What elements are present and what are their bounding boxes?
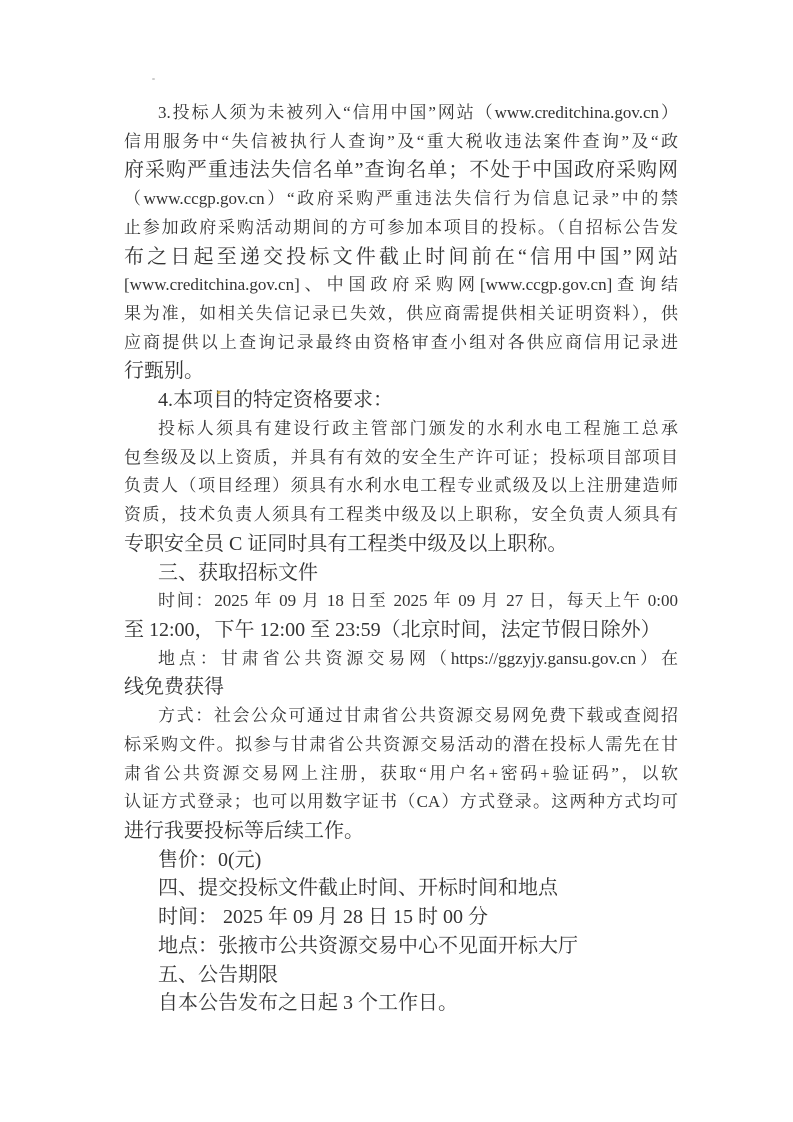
paragraph: 三、获取招标文件 bbox=[124, 559, 678, 588]
paragraph: 时间： 2025 年 09 月 28 日 15 时 00 分 bbox=[124, 903, 678, 932]
doc-line: 四、提交投标文件截止时间、开标时间和地点 bbox=[124, 874, 678, 903]
scan-speck bbox=[217, 391, 221, 394]
scan-speck bbox=[152, 78, 155, 80]
doc-line: 进行我要投标等后续工作。 bbox=[124, 817, 678, 846]
doc-line: 地点：张掖市公共资源交易中心不见面开标大厅 bbox=[124, 932, 678, 961]
doc-line: 府采购严重违法失信名单”查询名单；不处于中国政府采购网 bbox=[124, 156, 678, 185]
doc-line: 自本公告发布之日起 3 个工作日。 bbox=[124, 989, 678, 1018]
paragraph: 方式：社会公众可通过甘肃省公共资源交易网免费下载或查阅招标采购文件。拟参与甘肃省… bbox=[124, 702, 678, 846]
doc-line: 止参加政府采购活动期间的方可参加本项目的投标。（自招标公告发 bbox=[124, 214, 678, 243]
paragraph: 地点：甘肃省公共资源交易网（https://ggzyjy.gansu.gov.c… bbox=[124, 645, 678, 702]
paragraph: 4.本项目的特定资格要求： bbox=[124, 386, 678, 415]
doc-line: （www.ccgp.gov.cn）“政府采购严重违法失信行为信息记录”中的禁 bbox=[124, 185, 678, 214]
document-text: 3.投标人须为未被列入“信用中国”网站（www.creditchina.gov.… bbox=[124, 99, 678, 1018]
doc-line: 行甄别。 bbox=[124, 357, 678, 386]
doc-line: 应商提供以上查询记录最终由资格审查小组对各供应商信用记录进 bbox=[124, 329, 678, 358]
paragraph: 四、提交投标文件截止时间、开标时间和地点 bbox=[124, 874, 678, 903]
doc-line: 时间：2025 年 09 月 18 日至 2025 年 09 月 27 日，每天… bbox=[124, 587, 678, 616]
paragraph: 自本公告发布之日起 3 个工作日。 bbox=[124, 989, 678, 1018]
doc-line: 售价：0(元) bbox=[124, 846, 678, 875]
paragraph: 地点：张掖市公共资源交易中心不见面开标大厅 bbox=[124, 932, 678, 961]
paragraph: 时间：2025 年 09 月 18 日至 2025 年 09 月 27 日，每天… bbox=[124, 587, 678, 644]
paragraph: 售价：0(元) bbox=[124, 846, 678, 875]
doc-line: 3.投标人须为未被列入“信用中国”网站（www.creditchina.gov.… bbox=[124, 99, 678, 128]
doc-line: 资质，技术负责人须具有工程类中级及以上职称，安全负责人须具有 bbox=[124, 501, 678, 530]
doc-line: 至 12:00，下午 12:00 至 23:59（北京时间，法定节假日除外） bbox=[124, 616, 678, 645]
doc-line: 负责人（项目经理）须具有水利水电工程专业贰级及以上注册建造师 bbox=[124, 472, 678, 501]
doc-line: 4.本项目的特定资格要求： bbox=[124, 386, 678, 415]
doc-line: 信用服务中“失信被执行人查询”及“重大税收违法案件查询”及“政 bbox=[124, 128, 678, 157]
doc-line: 包叁级及以上资质，并具有有效的安全生产许可证；投标项目部项目 bbox=[124, 444, 678, 473]
paragraph: 3.投标人须为未被列入“信用中国”网站（www.creditchina.gov.… bbox=[124, 99, 678, 386]
doc-line: 方式：社会公众可通过甘肃省公共资源交易网免费下载或查阅招 bbox=[124, 702, 678, 731]
doc-line: 投标人须具有建设行政主管部门颁发的水利水电工程施工总承 bbox=[124, 415, 678, 444]
doc-line: 果为准，如相关失信记录已失效，供应商需提供相关证明资料），供 bbox=[124, 300, 678, 329]
doc-line: 认证方式登录；也可以用数字证书（CA）方式登录。这两种方式均可 bbox=[124, 788, 678, 817]
doc-line: 五、公告期限 bbox=[124, 961, 678, 990]
doc-line: 布之日起至递交投标文件截止时间前在“信用中国”网站 bbox=[124, 243, 678, 272]
paragraph: 投标人须具有建设行政主管部门颁发的水利水电工程施工总承包叁级及以上资质，并具有有… bbox=[124, 415, 678, 559]
doc-line: 地点：甘肃省公共资源交易网（https://ggzyjy.gansu.gov.c… bbox=[124, 645, 678, 674]
doc-line: 三、获取招标文件 bbox=[124, 559, 678, 588]
doc-line: 标采购文件。拟参与甘肃省公共资源交易活动的潜在投标人需先在甘 bbox=[124, 731, 678, 760]
doc-line: 时间： 2025 年 09 月 28 日 15 时 00 分 bbox=[124, 903, 678, 932]
doc-line: 肃省公共资源交易网上注册，获取“用户名+密码+验证码”，以软 bbox=[124, 760, 678, 789]
doc-line: 线免费获得 bbox=[124, 673, 678, 702]
doc-line: [www.creditchina.gov.cn]、中国政府采购网[www.ccg… bbox=[124, 271, 678, 300]
doc-line: 专职安全员 C 证同时具有工程类中级及以上职称。 bbox=[124, 530, 678, 559]
paragraph: 五、公告期限 bbox=[124, 961, 678, 990]
